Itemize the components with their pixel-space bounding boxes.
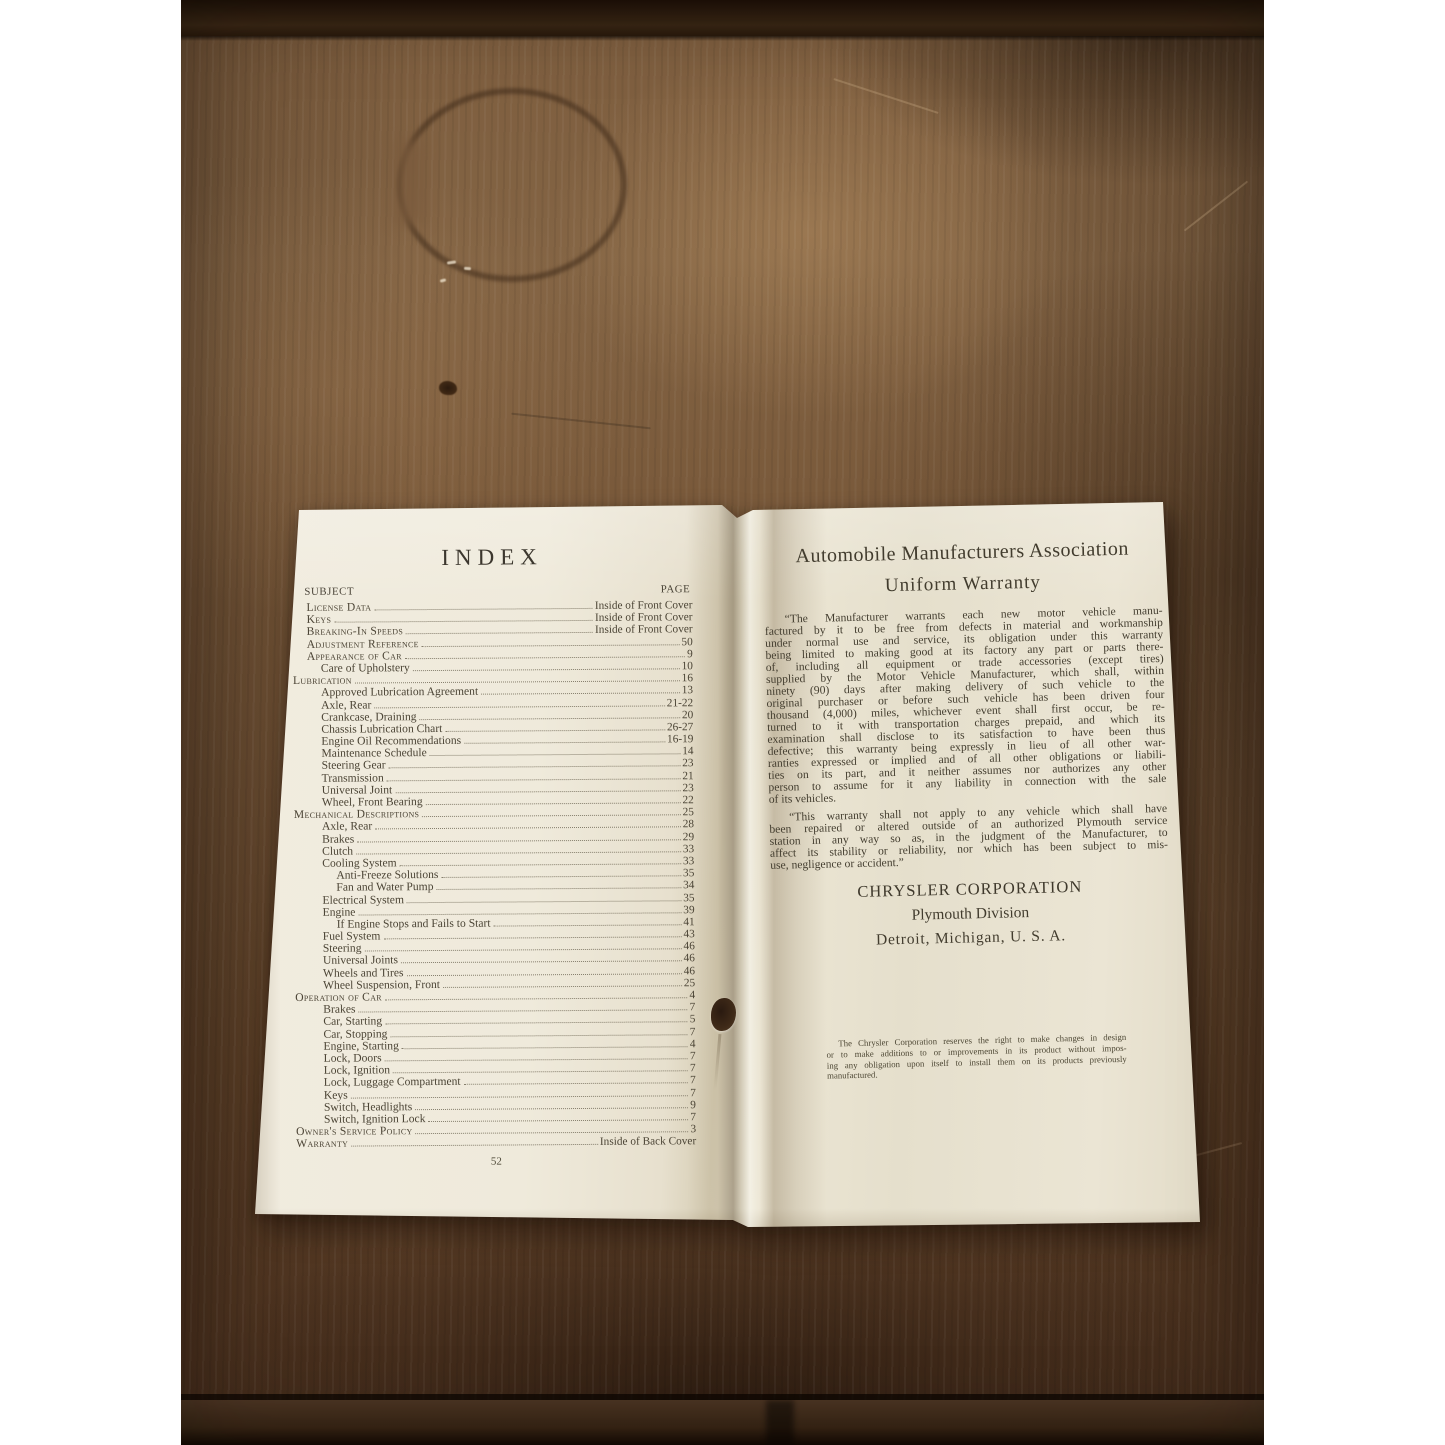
index-page-value: 26-27: [667, 721, 693, 733]
index-title: INDEX: [292, 543, 692, 572]
page-number: 52: [296, 1155, 696, 1170]
index-page-value: 41: [683, 916, 694, 928]
leader-dots: [413, 668, 680, 671]
leader-dots: [481, 693, 680, 695]
leader-dots: [494, 924, 682, 926]
warranty-title-line2: Uniform Warranty: [764, 569, 1162, 600]
index-page-value: 5: [690, 1014, 696, 1026]
index-page-value: 23: [682, 782, 693, 794]
company-name: CHRYSLER CORPORATION: [771, 875, 1169, 904]
index-page-value: 50: [681, 636, 692, 648]
leader-dots: [441, 875, 681, 878]
company-location: Detroit, Michigan, U. S. A.: [772, 925, 1170, 952]
index-entries: License DataInside of Front CoverKeysIns…: [292, 599, 696, 1150]
index-page-value: 23: [682, 758, 693, 770]
index-page-value: 16: [682, 672, 693, 684]
leader-dots: [358, 1009, 687, 1012]
index-page-value: 35: [683, 892, 694, 904]
index-page-value: 25: [683, 806, 694, 818]
leader-dots: [389, 766, 681, 769]
table-bottom-edge-band: [181, 1400, 1264, 1445]
leader-dots: [445, 729, 665, 732]
warranty-paragraph-2: “This warranty shall not apply to any ve…: [769, 803, 1168, 872]
leader-dots: [395, 790, 680, 793]
leader-dots: [428, 1119, 688, 1122]
leader-dots: [401, 961, 682, 964]
index-page-value: 7: [690, 1050, 696, 1062]
open-booklet: INDEX SUBJECT PAGE License DataInside of…: [251, 498, 1211, 1238]
subject-column-header: SUBJECT: [304, 586, 354, 598]
index-page-value: 7: [690, 1062, 696, 1074]
leader-dots: [402, 1046, 688, 1049]
leader-dots: [416, 1131, 689, 1134]
ring-stain-faded-gap: [395, 140, 425, 226]
index-page-value: Inside of Front Cover: [595, 624, 693, 637]
page-column-header: PAGE: [661, 583, 691, 595]
fine-print-notice: The Chrysler Corporation reserves the ri…: [826, 1032, 1127, 1082]
index-page-value: 10: [682, 660, 693, 672]
leader-dots: [393, 1070, 688, 1073]
index-page-value: 9: [690, 1099, 696, 1111]
leader-dots: [383, 936, 681, 939]
photo-canvas: INDEX SUBJECT PAGE License DataInside of…: [0, 0, 1445, 1445]
wood-knot-blotch: [439, 381, 457, 395]
leader-dots: [390, 1034, 687, 1037]
index-page-value: 34: [683, 880, 694, 892]
index-page-value: 21: [682, 770, 693, 782]
table-bottom-gap: [766, 1400, 794, 1445]
index-page-value: 35: [683, 867, 694, 879]
index-page-value: 46: [684, 953, 695, 965]
index-page-value: 16-19: [667, 733, 693, 745]
index-page-value: 25: [684, 977, 695, 989]
photo-of-booklet-on-table: INDEX SUBJECT PAGE License DataInside of…: [181, 0, 1264, 1445]
index-label: Axle, Rear: [294, 821, 372, 834]
leader-dots: [464, 741, 665, 743]
leader-dots: [374, 608, 593, 611]
leader-dots: [385, 997, 688, 1000]
leader-dots: [375, 827, 680, 830]
index-page-value: 7: [690, 1026, 696, 1038]
index-page-value: 21-22: [667, 697, 693, 709]
index-page-value: Inside of Back Cover: [600, 1135, 696, 1148]
index-page-value: 20: [682, 709, 693, 721]
index-page-value: 14: [682, 745, 693, 757]
leader-dots: [351, 1144, 598, 1147]
leader-dots: [400, 863, 681, 866]
company-division: Plymouth Division: [771, 901, 1169, 928]
leader-dots: [358, 912, 681, 915]
leader-dots: [334, 620, 593, 623]
leader-dots: [415, 1107, 688, 1110]
index-page-value: 46: [683, 940, 694, 952]
index-page-value: 33: [683, 843, 694, 855]
ring-stain: [397, 88, 627, 282]
warranty-page: Automobile Manufacturers Association Uni…: [763, 537, 1173, 1083]
index-page-value: Inside of Front Cover: [595, 611, 693, 624]
index-page-value: 4: [690, 1038, 696, 1050]
leader-dots: [351, 1095, 689, 1098]
index-page-value: 9: [687, 648, 693, 660]
leader-dots: [422, 644, 680, 647]
leader-dots: [385, 1022, 688, 1025]
leader-dots: [407, 973, 682, 976]
leader-dots: [374, 705, 664, 708]
index-label: Lock, Luggage Compartment: [296, 1076, 461, 1089]
leader-dots: [464, 1083, 689, 1086]
index-page-value: 46: [684, 965, 695, 977]
leader-dots: [407, 900, 681, 903]
index-label: Warranty: [296, 1138, 348, 1151]
leader-dots: [420, 717, 680, 720]
index-page-value: 7: [690, 1111, 696, 1123]
index-page-value: 7: [690, 1001, 696, 1013]
index-page-value: 7: [690, 1075, 696, 1087]
leader-dots: [356, 851, 681, 854]
index-label: Approved Lubrication Agreement: [293, 686, 478, 699]
index-page: INDEX SUBJECT PAGE License DataInside of…: [292, 539, 696, 1169]
leader-dots: [426, 802, 681, 805]
index-page-value: Inside of Front Cover: [595, 599, 693, 612]
index-label: License Data: [292, 601, 371, 614]
index-page-value: 39: [683, 904, 694, 916]
index-page-value: 28: [683, 819, 694, 831]
index-column-headers: SUBJECT PAGE: [304, 583, 690, 598]
index-page-value: 3: [690, 1123, 696, 1135]
leader-dots: [405, 656, 685, 659]
table-top-edge-band: [181, 0, 1264, 36]
leader-dots: [357, 839, 680, 842]
leader-dots: [437, 888, 682, 891]
warranty-paragraph-1: “The Manufacturer warrants each new moto…: [765, 605, 1167, 806]
index-page-value: 7: [690, 1087, 696, 1099]
table-top-seam: [181, 36, 1264, 41]
leader-dots: [430, 754, 680, 757]
leader-dots: [385, 1058, 688, 1061]
index-page-value: 29: [683, 831, 694, 843]
paint-speck: [464, 267, 471, 270]
index-page-value: 4: [689, 989, 695, 1001]
leader-dots: [364, 949, 681, 952]
index-page-value: 13: [682, 685, 693, 697]
index-page-value: 22: [682, 794, 693, 806]
leader-dots: [387, 778, 681, 781]
index-page-value: 33: [683, 855, 694, 867]
leader-dots: [443, 985, 682, 988]
leader-dots: [406, 632, 593, 634]
index-page-value: 43: [683, 928, 694, 940]
booklet-pages-paper: INDEX SUBJECT PAGE License DataInside of…: [251, 498, 1211, 1238]
leader-dots: [355, 680, 680, 683]
leader-dots: [422, 814, 680, 817]
